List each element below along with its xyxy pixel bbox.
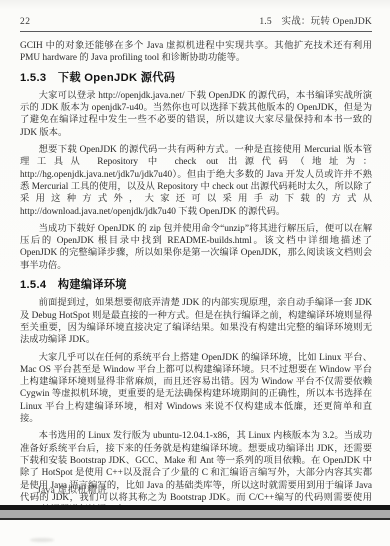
section-heading-1-5-3: 1.5.3 下载 OpenJDK 源代码: [20, 72, 372, 84]
running-title: 1.5 实战：玩转 OpenJDK: [259, 13, 372, 27]
scan-edge-bar-line: [0, 518, 390, 520]
book-title: Java 虚拟机精讲: [37, 486, 107, 496]
paragraph: 大家可以登录 http://openjdk.java.net/ 下载 OpenJ…: [20, 90, 372, 139]
paragraph: 本书选用的 Linux 发行版为 ubuntu-12.04.1-x86，其 Li…: [20, 430, 372, 516]
page-number: 22: [20, 17, 31, 27]
book-page: 22 1.5 实战：玩转 OpenJDK GCIH 中的对象还能够在多个 Jav…: [0, 0, 390, 546]
page-footer: Java 虚拟机精讲: [37, 482, 107, 496]
intro-paragraph: GCIH 中的对象还能够在多个 Java 虚拟机进程中实现共享。其他扩充技术还有…: [20, 40, 372, 65]
page-header: 22 1.5 实战：玩转 OpenJDK: [20, 13, 372, 32]
paragraph: 前面提到过，如果想要彻底弄清楚 JDK 的内部实现原理，亲自动手编译一套 JDK…: [20, 297, 372, 346]
scan-edge-bar-gray: [0, 510, 390, 518]
paragraph: 大家几乎可以在任何的系统平台上搭建 OpenJDK 的编译环境，比如 Linux…: [20, 352, 372, 426]
paragraph: 想要下载 OpenJDK 的源代码一共有两种方式。一种是直接使用 Mercuri…: [20, 144, 372, 218]
page-body: GCIH 中的对象还能够在多个 Java 虚拟机进程中实现共享。其他扩充技术还有…: [20, 40, 372, 521]
paragraph: 当成功下载好 OpenJDK 的 zip 包并使用命令“unzip”将其进行解压…: [20, 223, 372, 272]
scan-smudge: [30, 538, 54, 542]
section-heading-1-5-4: 1.5.4 构建编译环境: [20, 279, 372, 291]
